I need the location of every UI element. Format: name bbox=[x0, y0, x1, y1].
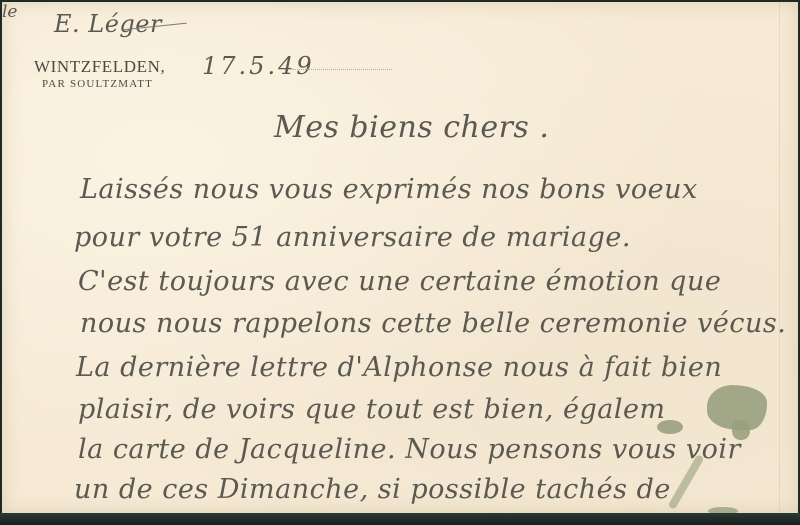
card-edge-line bbox=[779, 2, 780, 513]
body-line: la carte de Jacqueline. Nous pensons vou… bbox=[78, 434, 741, 465]
body-line: nous nous rappelons cette belle ceremoni… bbox=[80, 308, 786, 339]
body-line: un de ces Dimanche, si possible tachés d… bbox=[74, 474, 671, 505]
body-line: Laissés nous vous exprimés nos bons voeu… bbox=[80, 174, 698, 205]
date-dotted-line bbox=[292, 69, 392, 70]
postcard: E. Léger WINTZFELDEN, le 17.5.49 PAR SOU… bbox=[2, 2, 798, 513]
signature: E. Léger bbox=[54, 10, 162, 38]
body-line: pour votre 51 anniversaire de mariage. bbox=[74, 222, 631, 253]
printed-subplace: PAR SOULTZMATT bbox=[42, 78, 153, 90]
handwritten-date: 17.5.49 bbox=[202, 52, 315, 80]
date-prefix: le bbox=[2, 2, 18, 22]
body-line: C'est toujours avec une certaine émotion… bbox=[78, 266, 721, 297]
body-line: La dernière lettre d'Alphonse nous à fai… bbox=[76, 352, 722, 383]
paper-stain bbox=[732, 420, 750, 440]
body-line: plaisir, de voirs que tout est bien, éga… bbox=[78, 394, 666, 425]
greeting: Mes biens chers . bbox=[274, 110, 549, 145]
paper-stain bbox=[657, 420, 683, 434]
printed-place: WINTZFELDEN, bbox=[34, 57, 165, 77]
scan-border bbox=[0, 513, 800, 525]
